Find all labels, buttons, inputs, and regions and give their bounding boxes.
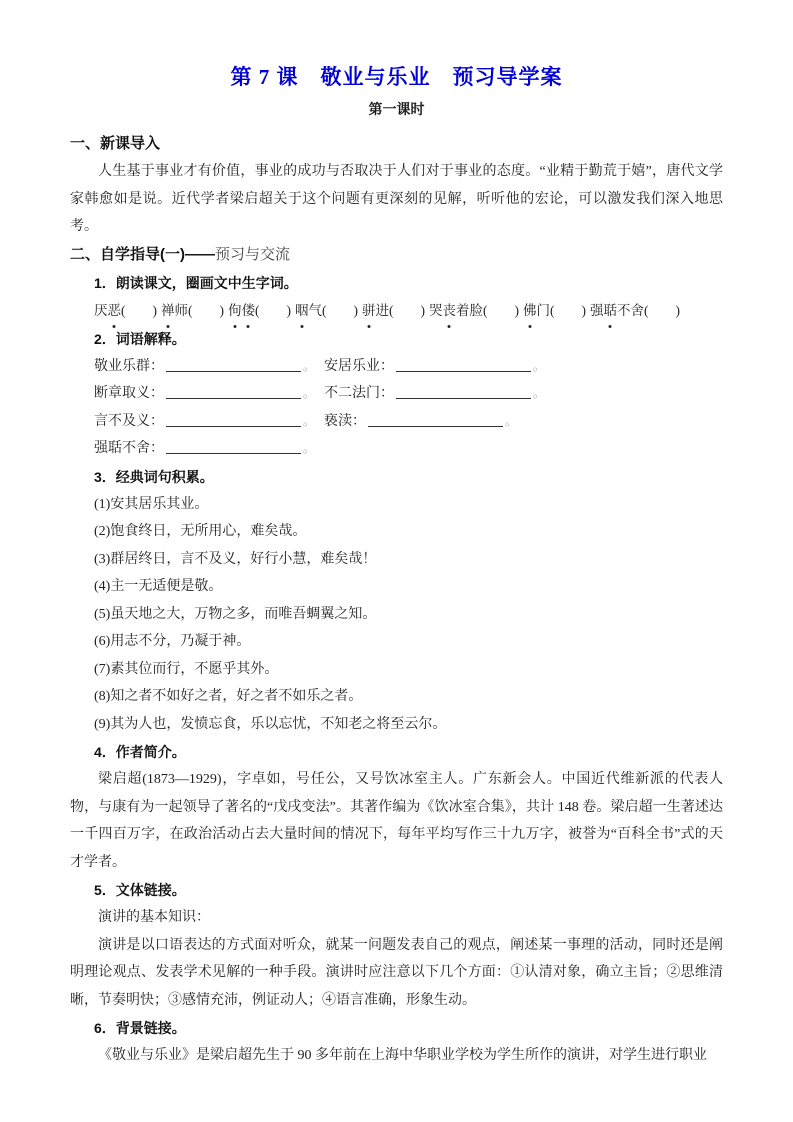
answer-blank — [166, 384, 301, 399]
definition-term: 安居乐业： — [324, 359, 394, 374]
definition-item: 不二法门：。 — [324, 386, 545, 401]
period-mark: 。 — [303, 359, 315, 373]
intro-paragraph: 人生基于事业才有价值，事业的成功与否取决于人们对于事业的态度。“业精于勤荒于嬉”… — [70, 158, 723, 241]
definition-item: 亵渎：。 — [324, 414, 517, 429]
classic-sentences: (1)安其居乐其业。(2)饱食终日，无所用心，难矣哉。(3)群居终日，言不及义，… — [70, 491, 723, 739]
answer-blank — [396, 384, 531, 399]
vocab-char-emphasized: 咽 — [295, 297, 309, 325]
period-mark: 。 — [303, 441, 315, 455]
definition-item: 言不及义：。 — [94, 408, 324, 436]
vocab-word: 厌恶( ) — [94, 303, 157, 318]
guide-heading-main: 二、自学指导(一)—— — [70, 246, 215, 263]
vocab-char-emphasized: 骈 — [362, 297, 376, 325]
vocab-char: 强 — [590, 297, 604, 325]
vocab-char-emphasized: 恶 — [108, 297, 122, 325]
pinyin-blank-parens: ( ) — [550, 303, 586, 318]
vocab-char: 着 — [456, 297, 470, 325]
section-intro-heading: 一、新课导入 — [70, 130, 723, 158]
pinyin-blank-parens: ( ) — [255, 303, 291, 318]
definition-row: 断章取义：。不二法门：。 — [94, 380, 723, 408]
vocab-char-emphasized: 偻 — [242, 297, 256, 325]
item-read-heading: 1．朗读课文，圈画文中生字词。 — [94, 269, 723, 297]
definition-term: 敬业乐群： — [94, 359, 164, 374]
pinyin-blank-parens: ( ) — [483, 303, 519, 318]
definition-term: 不二法门： — [324, 386, 394, 401]
period-mark: 。 — [533, 386, 545, 400]
definition-row: 强聒不舍：。 — [94, 435, 723, 463]
definition-row: 敬业乐群：。安居乐业：。 — [94, 353, 723, 381]
definition-item: 断章取义：。 — [94, 380, 324, 408]
definition-term: 亵渎： — [324, 414, 366, 429]
vocab-char-emphasized: 佝 — [228, 297, 242, 325]
genre-lead: 演讲的基本知识： — [70, 904, 723, 932]
vocab-char: 进 — [376, 297, 390, 325]
definition-term: 强聒不舍： — [94, 441, 164, 456]
vocab-char-emphasized: 丧 — [443, 297, 457, 325]
item-definitions-heading: 2．词语解释。 — [94, 325, 723, 353]
definition-item: 安居乐业：。 — [324, 359, 545, 374]
answer-blank — [166, 412, 301, 427]
item-classic-heading: 3．经典词句积累。 — [94, 463, 723, 491]
definition-term: 言不及义： — [94, 414, 164, 429]
item-genre-heading: 5．文体链接。 — [94, 876, 723, 904]
definitions-block: 敬业乐群：。安居乐业：。断章取义：。不二法门：。言不及义：。亵渎：。强聒不舍：。 — [70, 353, 723, 463]
item-author-heading: 4．作者简介。 — [94, 738, 723, 766]
answer-blank — [368, 412, 503, 427]
definition-item: 强聒不舍：。 — [94, 435, 324, 463]
classic-sentence: (3)群居终日，言不及义，好行小慧，难矣哉！ — [94, 546, 723, 574]
author-paragraph: 梁启超(1873—1929)，字卓如，号任公，又号饮冰室主人。广东新会人。中国近… — [70, 766, 723, 876]
vocab-char: 门 — [537, 297, 551, 325]
guide-heading-sub: 预习与交流 — [215, 247, 290, 263]
definition-item: 敬业乐群：。 — [94, 353, 324, 381]
classic-sentence: (6)用志不分，乃凝于神。 — [94, 628, 723, 656]
genre-paragraph: 演讲是以口语表达的方式面对听众，就某一问题发表自己的观点，阐述某一事理的活动，同… — [70, 932, 723, 1015]
vocab-word: 禅师( ) — [161, 303, 224, 318]
classic-sentence: (1)安其居乐其业。 — [94, 491, 723, 519]
classic-sentence: (9)其为人也，发愤忘食，乐以忘忧，不知老之将至云尔。 — [94, 711, 723, 739]
definition-row: 言不及义：。亵渎：。 — [94, 408, 723, 436]
vocab-char-emphasized: 聒 — [604, 297, 618, 325]
vocab-char: 脸 — [470, 297, 484, 325]
pinyin-blank-parens: ( ) — [121, 303, 157, 318]
vocab-word: 佛门( ) — [523, 303, 586, 318]
lesson-period-subtitle: 第一课时 — [70, 96, 723, 122]
period-mark: 。 — [303, 414, 315, 428]
vocab-word: 佝偻( ) — [228, 303, 291, 318]
answer-blank — [166, 357, 301, 372]
vocab-char: 师 — [175, 297, 189, 325]
classic-sentence: (4)主一无适便是敬。 — [94, 573, 723, 601]
vocab-word: 骈进( ) — [362, 303, 425, 318]
page-title: 第 7 课 敬业与乐业 预习导学案 — [70, 62, 723, 92]
vocab-char: 舍 — [631, 297, 645, 325]
vocab-char: 不 — [617, 297, 631, 325]
vocab-char: 厌 — [94, 297, 108, 325]
classic-sentence: (8)知之者不如好之者，好之者不如乐之者。 — [94, 683, 723, 711]
classic-sentence: (7)素其位而行，不愿乎其外。 — [94, 656, 723, 684]
vocab-word: 咽气( ) — [295, 303, 358, 318]
answer-blank — [396, 357, 531, 372]
period-mark: 。 — [303, 386, 315, 400]
pinyin-blank-parens: ( ) — [644, 303, 680, 318]
pinyin-blank-parens: ( ) — [188, 303, 224, 318]
document-page: 第 7 课 敬业与乐业 预习导学案 第一课时 一、新课导入 人生基于事业才有价值… — [0, 0, 793, 1122]
vocab-char-emphasized: 佛 — [523, 297, 537, 325]
classic-sentence: (2)饱食终日，无所用心，难矣哉。 — [94, 518, 723, 546]
pinyin-blank-parens: ( ) — [389, 303, 425, 318]
section-intro-heading-text: 一、新课导入 — [70, 135, 160, 152]
classic-sentence: (5)虽天地之大，万物之多，而唯吾蜩翼之知。 — [94, 601, 723, 629]
pinyin-blank-parens: ( ) — [322, 303, 358, 318]
answer-blank — [166, 439, 301, 454]
period-mark: 。 — [505, 414, 517, 428]
vocab-char-emphasized: 禅 — [161, 297, 175, 325]
vocab-word: 强聒不舍( ) — [590, 303, 680, 318]
vocab-word: 哭丧着脸( ) — [429, 303, 519, 318]
period-mark: 。 — [533, 359, 545, 373]
item-background-heading: 6．背景链接。 — [94, 1014, 723, 1042]
vocab-char: 气 — [309, 297, 323, 325]
section-guide-heading: 二、自学指导(一)——预习与交流 — [70, 241, 723, 269]
vocab-line: 厌恶( )禅师( )佝偻( )咽气( )骈进( )哭丧着脸( )佛门( )强聒不… — [94, 297, 723, 325]
definition-term: 断章取义： — [94, 386, 164, 401]
background-paragraph: 《敬业与乐业》是梁启超先生于 90 多年前在上海中华职业学校为学生所作的演讲，对… — [70, 1042, 723, 1070]
vocab-char: 哭 — [429, 297, 443, 325]
